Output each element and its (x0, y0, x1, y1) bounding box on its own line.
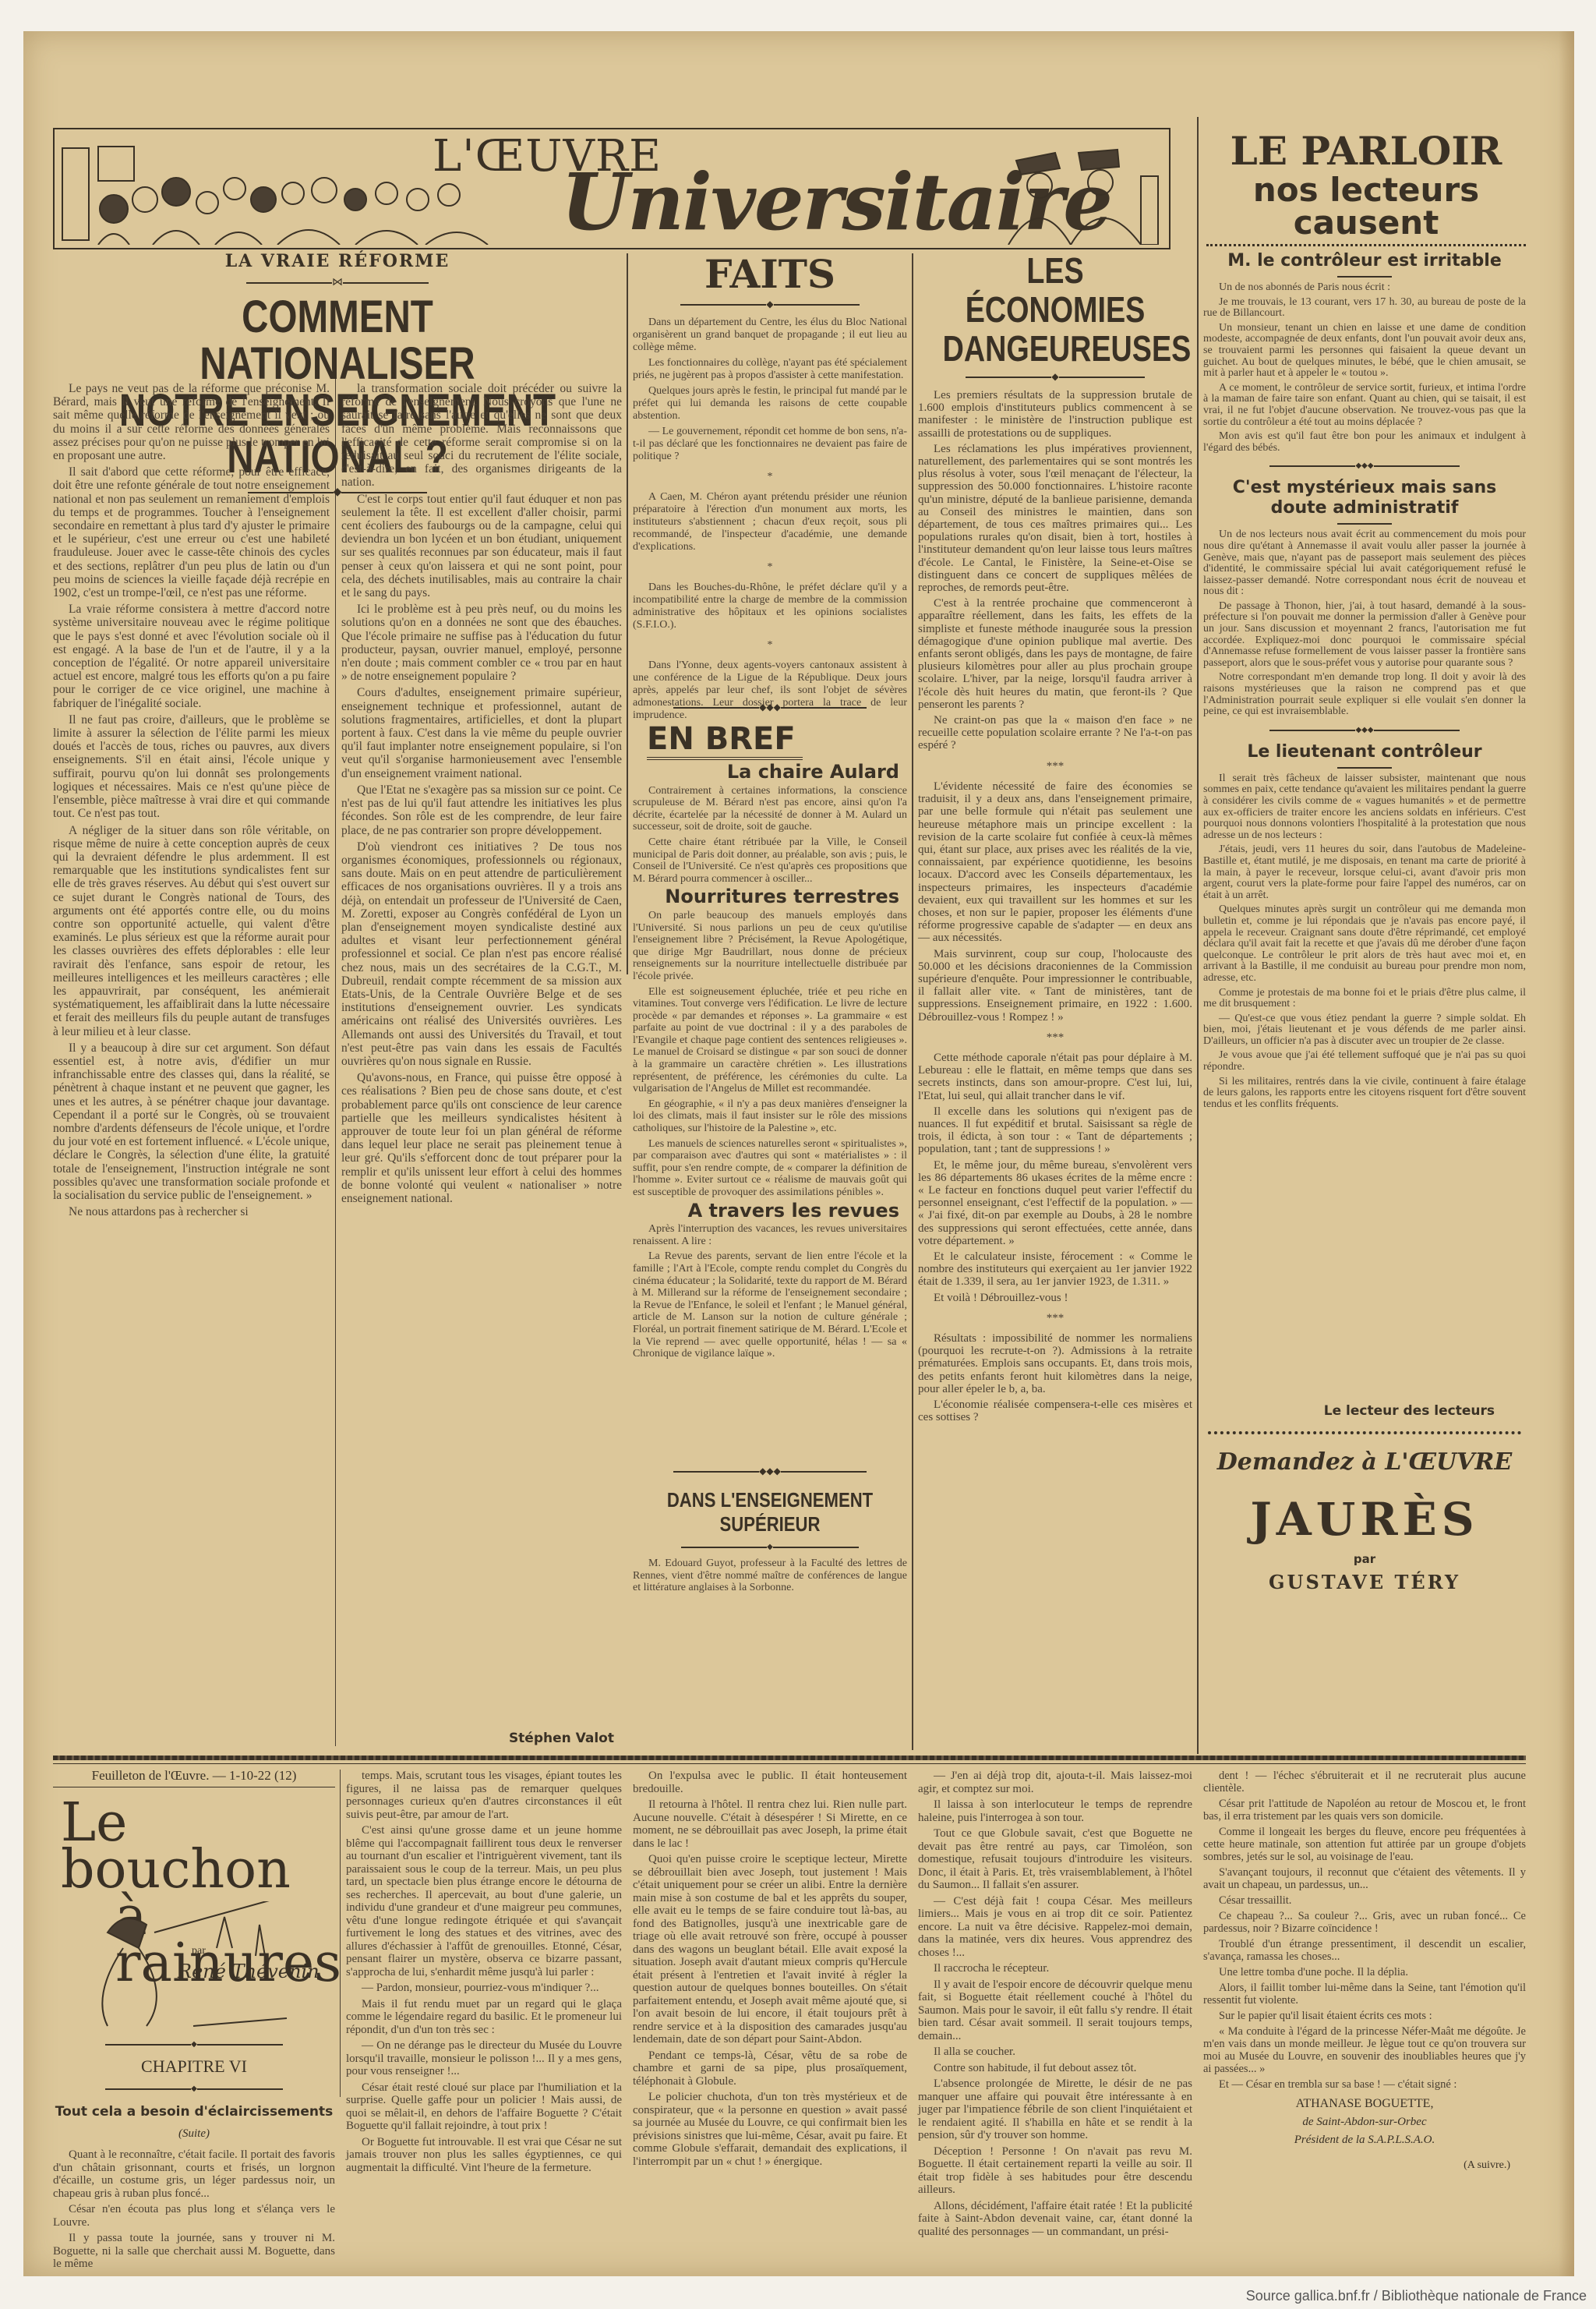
serial-paragraph: Quoi qu'en puisse croire le sceptique le… (633, 1853, 907, 2046)
section-banner: L'ŒUVRE Universitaire (53, 128, 1171, 249)
serial-paragraph: Une lettre tomba d'une poche. Il la dépl… (1203, 1966, 1526, 1978)
chapter-number: CHAPITRE VI (53, 2056, 335, 2077)
economies-paragraph: Résultats : impossibilité de nommer les … (918, 1332, 1192, 1395)
faits-title: FAITS (633, 251, 907, 297)
parloir-paragraph: Je me trouvais, le 13 courant, vers 17 h… (1203, 297, 1526, 320)
en-bref-body: La chaire AulardContrairement à certaine… (633, 766, 907, 1360)
parloir-paragraph: Notre correspondant m'en demande trop lo… (1203, 672, 1526, 717)
parloir-paragraph: Un monsieur, tenant un chien en laisse e… (1203, 323, 1526, 380)
signature-place: de Saint-Abdon-sur-Orbec (1203, 2116, 1526, 2129)
wavy-divider (1208, 1427, 1521, 1434)
en-bref-paragraph: Après l'interruption des vacances, les r… (633, 1223, 907, 1247)
faits-section: FAITS ◆ Dans un département du Centre, l… (633, 251, 907, 725)
short-rule (1337, 276, 1392, 278)
parloir-subheading: C'est mystérieux mais sans doute adminis… (1203, 478, 1526, 518)
serial-paragraph: Il retourna à l'hôtel. Il rentra chez lu… (633, 1798, 907, 1850)
feuilleton-text-1: Quant à le reconnaître, c'était facile. … (53, 2148, 335, 2271)
economies-paragraph: Et voilà ! Débrouillez-vous ! (918, 1292, 1192, 1304)
serial-by: par (192, 1945, 206, 1957)
superieur-section: ◆◆◆ DANS L'ENSEIGNEMENT SUPÉRIEUR ◆ M. E… (633, 1466, 907, 1597)
superieur-title: DANS L'ENSEIGNEMENT SUPÉRIEUR (653, 1488, 886, 1536)
main-article-column-2: la transformation sociale doit précéder … (341, 382, 622, 1723)
ornament-divider: ◆ (633, 1543, 907, 1551)
serial-paragraph: — On ne dérange pas le directeur du Musé… (346, 2039, 622, 2078)
ornament-divider: ◆◆◆ (633, 1466, 907, 1477)
article-paragraph: la transformation sociale doit précéder … (341, 382, 622, 490)
en-bref-paragraph: En géographie, « il n'y a pas deux maniè… (633, 1098, 907, 1135)
ornament-divider: ◆ (633, 299, 907, 310)
asterism-separator: *** (918, 1031, 1192, 1044)
en-bref-subheading: A travers les revues (641, 1205, 899, 1218)
serial-paragraph: César tressaillit. (1203, 1894, 1526, 1907)
serial-paragraph: — C'est déjà fait ! coupa César. Mes mei… (918, 1895, 1192, 1960)
article-paragraph: A négliger de la situer dans son rôle vé… (53, 824, 330, 1038)
officials-illustration-icon (985, 145, 1164, 245)
serial-paragraph: Troublé d'un étrange pressentiment, il d… (1203, 1938, 1526, 1963)
ornament-divider: ◆◆◆ (1203, 726, 1526, 734)
en-bref-paragraph: On parle beaucoup des manuels employés d… (633, 910, 907, 983)
parloir-paragraph: Je vous avoue que j'ai été tellement suf… (1203, 1050, 1526, 1073)
source-credit[interactable]: Source gallica.bnf.fr / Bibliothèque nat… (1246, 2288, 1587, 2304)
ornament-divider: ◆ (918, 371, 1192, 383)
parloir-paragraph: Si les militaires, rentrés dans la vie c… (1203, 1077, 1526, 1111)
serial-paragraph: Ce chapeau ?... Sa couleur ?... Gris, av… (1203, 1910, 1526, 1935)
parloir-paragraph: J'étais, jeudi, vers 11 heures du soir, … (1203, 844, 1526, 901)
serial-paragraph: On l'expulsa avec le public. Il était ho… (633, 1770, 907, 1795)
parloir-header: LE PARLOIR nos lecteurs causent (1206, 128, 1526, 237)
parloir-subtitle: nos lecteurs causent (1206, 174, 1526, 239)
signature-name: ATHANASE BOGUETTE, (1203, 2097, 1526, 2111)
parloir-body-text: Un de nos lecteurs nous avait écrit au c… (1203, 529, 1526, 718)
parloir-column: M. le contrôleur est irritableUn de nos … (1203, 246, 1526, 1113)
superieur-text: M. Edouard Guyot, professeur à la Facult… (633, 1558, 907, 1594)
parloir-paragraph: Il serait très fâcheux de laisser subsis… (1203, 773, 1526, 842)
main-article-column-1: Le pays ne veut pas de la réforme que pr… (53, 382, 330, 1754)
article-paragraph: Il sait d'abord que cette réforme, pour … (53, 465, 330, 599)
ornament-divider: ⋈ (53, 276, 622, 289)
faits-paragraph: Dans un département du Centre, les élus … (633, 316, 907, 354)
article-paragraph: Que l'Etat ne s'exagère pas sa mission s… (341, 783, 622, 837)
feuilleton-column-5: dent ! — l'échec s'ébruiterait et il ne … (1203, 1770, 1526, 2172)
feuilleton-text-5: dent ! — l'échec s'ébruiterait et il ne … (1203, 1770, 1526, 2091)
feuilleton-text-2: temps. Mais, scrutant tous les visages, … (346, 1770, 622, 2177)
asterism-separator: *** (918, 1312, 1192, 1324)
column-divider (340, 1770, 341, 2097)
parloir-body-text: Il serait très fâcheux de laisser subsis… (1203, 773, 1526, 1111)
column-divider (1197, 117, 1199, 1754)
serial-paragraph: Alors, il faillit tomber lui-même dans l… (1203, 1982, 1526, 2007)
feuilleton-header: Feuilleton de l'Œuvre. — 1-10-22 (12) (53, 1768, 335, 1787)
serial-paragraph: temps. Mais, scrutant tous les visages, … (346, 1770, 622, 1821)
en-bref-section: ◆◆◆ EN BREF La chaire AulardContrairemen… (633, 702, 907, 1363)
serial-paragraph: Pendant ce temps-là, César, vêtu de sa r… (633, 2049, 907, 2088)
feuilleton-text-4: — J'en ai déjà trop dit, ajouta-t-il. Ma… (918, 1770, 1192, 2241)
serial-paragraph: César n'en écouta pas plus long et s'éla… (53, 2203, 335, 2229)
serial-paragraph: Il y passa toute la journée, sans y trou… (53, 2232, 335, 2271)
serial-paragraph: Et — César en trembla sur sa base ! — c'… (1203, 2078, 1526, 2091)
economies-paragraph: Et, le même jour, du même bureau, s'envo… (918, 1159, 1192, 1247)
economies-paragraph: Cette méthode caporale n'était pas pour … (918, 1052, 1192, 1102)
parloir-paragraph: Un de nos abonnés de Paris nous écrit : (1203, 282, 1526, 294)
parloir-subheading: M. le contrôleur est irritable (1203, 251, 1526, 271)
article-kicker: LA VRAIE RÉFORME (53, 251, 622, 271)
ornament-divider: ◆◆◆ (633, 702, 907, 713)
article-paragraph: Le pays ne veut pas de la réforme que pr… (53, 382, 330, 462)
parloir-paragraph: Un de nos lecteurs nous avait écrit au c… (1203, 529, 1526, 598)
serial-paragraph: Quant à le reconnaître, c'était facile. … (53, 2148, 335, 2200)
parloir-paragraph: De passage à Thonon, hier, j'ai, à tout … (1203, 601, 1526, 670)
economies-body: Les premiers résultats de la suppression… (918, 389, 1192, 1423)
advert-par: par (1203, 1552, 1526, 1566)
economies-paragraph: Il excelle dans les solutions qui n'exig… (918, 1105, 1192, 1156)
asterism-separator: * (633, 639, 907, 652)
en-bref-paragraph: La Revue des parents, servant de lien en… (633, 1250, 907, 1360)
article-paragraph: D'où viendront ces initiatives ? De tous… (341, 840, 622, 1068)
en-bref-subheading: La chaire Aulard (641, 766, 899, 779)
parloir-title: LE PARLOIR (1206, 128, 1526, 174)
article-paragraph: C'est le corps tout entier qu'il faut éd… (341, 493, 622, 600)
economies-paragraph: Ne craint-on pas que la « maison d'en fa… (918, 714, 1192, 752)
serial-paragraph: Il raccrocha le récepteur. (918, 1962, 1192, 1975)
economies-title-line1: LES ÉCONOMIES (943, 251, 1168, 329)
article-signature: Stéphen Valot (341, 1731, 614, 1746)
parloir-paragraph: Quelques minutes après surgit un contrôl… (1203, 904, 1526, 984)
serial-paragraph: Tout ce que Globule savait, c'est que Bo… (918, 1827, 1192, 1892)
feuilleton-divider (53, 1756, 1526, 1760)
serial-paragraph: « Ma conduite à l'égard de la princesse … (1203, 2025, 1526, 2075)
serial-paragraph: L'absence prolongée de Mirette, le désir… (918, 2077, 1192, 2142)
serial-paragraph: Il laissa à son interlocuteur le temps d… (918, 1798, 1192, 1824)
parloir-paragraph: Comme je protestais de ma bonne foi et l… (1203, 988, 1526, 1010)
serial-paragraph: Contre son habitude, il fut debout assez… (918, 2062, 1192, 2075)
serial-paragraph: C'est ainsi qu'une grosse dame et un jeu… (346, 1824, 622, 1978)
en-bref-paragraph: Les manuels de sciences naturelles seron… (633, 1138, 907, 1199)
serial-paragraph: Le policier chuchota, d'un ton très myst… (633, 2091, 907, 2168)
parloir-body-text: Un de nos abonnés de Paris nous écrit :J… (1203, 282, 1526, 454)
article-paragraph: Ici le problème est à peu près neuf, ou … (341, 603, 622, 683)
asterism-separator: * (633, 561, 907, 574)
economies-paragraph: Les premiers résultats de la suppression… (918, 389, 1192, 440)
serial-paragraph: Déception ! Personne ! On n'avait pas re… (918, 2145, 1192, 2197)
column-divider (912, 253, 913, 1750)
short-rule (1337, 767, 1392, 769)
economies-paragraph: C'est à la rentrée prochaine que commenc… (918, 597, 1192, 711)
parloir-subheading: Le lieutenant contrôleur (1203, 742, 1526, 762)
serial-paragraph: dent ! — l'échec s'ébruiterait et il ne … (1203, 1770, 1526, 1795)
serial-paragraph: César était resté cloué sur place par l'… (346, 2081, 622, 2133)
article-paragraph: Qu'avons-nous, en France, qui puisse êtr… (341, 1071, 622, 1205)
article-paragraph: Il ne faut pas croire, d'ailleurs, que l… (53, 713, 330, 821)
ornament-divider: ◆ (53, 2040, 335, 2049)
ornament-divider: ◆ (53, 2084, 335, 2093)
serial-paragraph: S'avançant toujours, il reconnut que c'é… (1203, 1866, 1526, 1891)
serial-paragraph: — Pardon, monsieur, pourriez-vous m'indi… (346, 1982, 622, 1995)
parloir-signature: Le lecteur des lecteurs (1203, 1403, 1495, 1419)
asterism-separator: *** (918, 760, 1192, 773)
en-bref-subheading: Nourritures terrestres (641, 891, 899, 903)
advert-author: GUSTAVE TÉRY (1203, 1571, 1526, 1593)
crowd-illustration-icon (59, 145, 496, 245)
asterism-separator: * (633, 471, 907, 483)
article-headline-line1: COMMENT NATIONALISER (104, 294, 571, 387)
en-bref-paragraph: Elle est soigneusement épluchée, triée e… (633, 986, 907, 1095)
short-rule (1337, 523, 1392, 525)
parloir-paragraph: Mon avis est qu'il faut être bon pour le… (1203, 431, 1526, 454)
economies-paragraph: L'économie réalisée compensera-t-elle ce… (918, 1398, 1192, 1423)
advert-line1: Demandez à L'ŒUVRE (1203, 1448, 1526, 1476)
serial-paragraph: César prit l'attitude de Napoléon au ret… (1203, 1798, 1526, 1823)
article-paragraph: La vraie réforme consistera à mettre d'a… (53, 603, 330, 710)
ornament-divider: ◆◆◆ (1203, 461, 1526, 470)
serial-paragraph: — J'en ai déjà trop dit, ajouta-t-il. Ma… (918, 1770, 1192, 1795)
en-bref-paragraph: Contrairement à certaines informations, … (633, 785, 907, 833)
economies-title-line2: DANGEUREUSES (943, 329, 1168, 368)
serial-title-illustration: Le bouchon à rainures par René Thévenin (53, 1800, 335, 2034)
economies-paragraph: Et le calculateur insiste, férocement : … (918, 1250, 1192, 1289)
faits-body: Dans un département du Centre, les élus … (633, 316, 907, 722)
to-be-continued: (A suivre.) (1203, 2159, 1510, 2172)
serial-paragraph: Il alla se coucher. (918, 2046, 1192, 2059)
serial-paragraph: Mais il fut rendu muet par un regard qui… (346, 1998, 622, 2037)
parloir-paragraph: A ce moment, le contrôleur de service so… (1203, 383, 1526, 428)
signature-title: Président de la S.A.P.L.S.A.O. (1203, 2134, 1526, 2147)
jaures-advert: Le lecteur des lecteurs Demandez à L'ŒUV… (1203, 1403, 1526, 1593)
faits-paragraph: Quelques jours après le festin, le princ… (633, 385, 907, 423)
serial-paragraph: Sur le papier qu'il lisait étaient écrit… (1203, 2010, 1526, 2022)
serial-paragraph: Or Boguette fut introuvable. Il est vrai… (346, 2136, 622, 2175)
serial-paragraph: Comme il longeait les berges du fleuve, … (1203, 1826, 1526, 1863)
en-bref-title: EN BREF (647, 721, 803, 760)
serial-title-line1: Le bouchon (61, 1800, 335, 1894)
serial-paragraph: Il y avait de l'espoir encore de découvr… (918, 1978, 1192, 2043)
article-paragraph: Il y a beaucoup à dire sur cet argument.… (53, 1041, 330, 1202)
faits-paragraph: A Caen, M. Chéron ayant prétendu préside… (633, 491, 907, 553)
feuilleton-divider-thin (53, 1763, 1526, 1764)
advert-title: JAURÈS (1203, 1493, 1526, 1546)
chapter-title: Tout cela a besoin d'éclaircissements (53, 2104, 335, 2120)
parloir-paragraph: — Qu'est-ce que vous étiez pendant la gu… (1203, 1013, 1526, 1048)
article-paragraph: Ne nous attardons pas à rechercher si (53, 1205, 330, 1218)
economies-paragraph: Mais survinrent, coup sur coup, l'holoca… (918, 948, 1192, 1024)
economies-section: LES ÉCONOMIES DANGEUREUSES ◆ Les premier… (918, 251, 1192, 1427)
chapter-suite: (Suite) (53, 2127, 335, 2141)
economies-paragraph: L'évidente nécessité de faire des économ… (918, 780, 1192, 945)
faits-paragraph: Les fonctionnaires du collège, n'ayant p… (633, 357, 907, 382)
column-divider (627, 253, 628, 974)
column-divider (335, 374, 336, 1746)
faits-paragraph: — Le gouvernement, répondit cet homme de… (633, 426, 907, 463)
faits-paragraph: Dans les Bouches-du-Rhône, le préfet déc… (633, 582, 907, 631)
serial-paragraph: Allons, décidément, l'affaire était raté… (918, 2200, 1192, 2239)
serial-author: René Thévenin (178, 1961, 320, 1982)
feuilleton-column-1: Feuilleton de l'Œuvre. — 1-10-22 (12) Le… (53, 1768, 335, 2274)
article-paragraph: Cours d'adultes, enseignement primaire s… (341, 686, 622, 780)
en-bref-paragraph: Cette chaire étant rétribuée par la Vill… (633, 836, 907, 885)
feuilleton-text-3: On l'expulsa avec le public. Il était ho… (633, 1770, 907, 2171)
economies-paragraph: Les réclamations les plus impératives pr… (918, 443, 1192, 594)
